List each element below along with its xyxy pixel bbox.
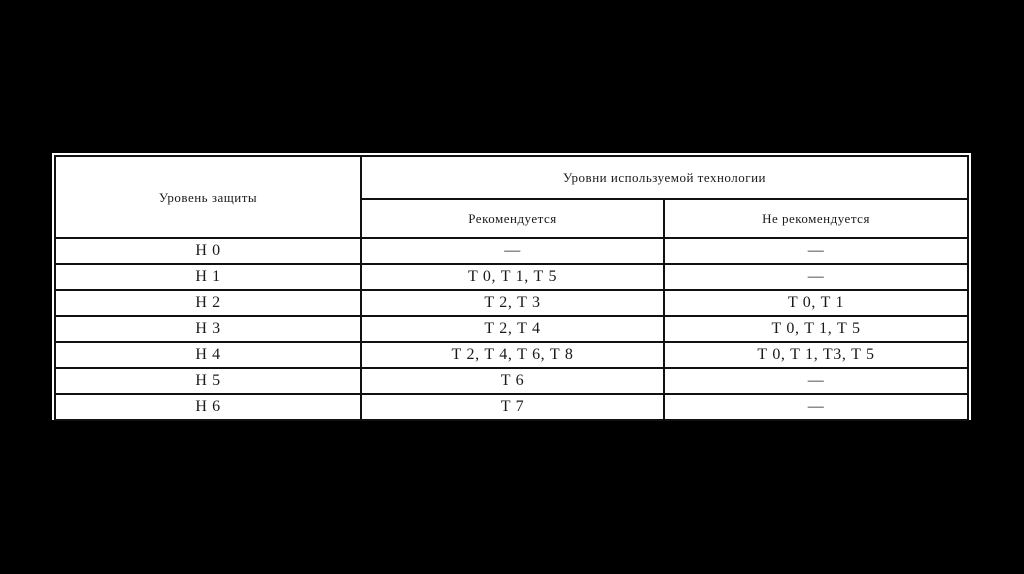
header-protection-level: Уровень защиты [55, 156, 361, 238]
table-row: Н 5 Т 6 — [55, 368, 968, 394]
cell-not-recommended: Т 0, Т 1, Т3, Т 5 [664, 342, 968, 368]
table-row: Н 4 Т 2, Т 4, Т 6, Т 8 Т 0, Т 1, Т3, Т 5 [55, 342, 968, 368]
table-row: Н 3 Т 2, Т 4 Т 0, Т 1, Т 5 [55, 316, 968, 342]
header-row-top: Уровень защиты Уровни используемой техно… [55, 156, 968, 199]
cell-recommended: Т 0, Т 1, Т 5 [361, 264, 664, 290]
header-recommended: Рекомендуется [361, 199, 664, 238]
cell-recommended: Т 2, Т 3 [361, 290, 664, 316]
cell-protection-level: Н 6 [55, 394, 361, 420]
table-row: Н 0 — — [55, 238, 968, 264]
cell-not-recommended: — [664, 264, 968, 290]
protection-table-frame: Уровень защиты Уровни используемой техно… [52, 153, 971, 420]
cell-not-recommended: Т 0, Т 1 [664, 290, 968, 316]
cell-recommended: Т 2, Т 4, Т 6, Т 8 [361, 342, 664, 368]
header-not-recommended: Не рекомендуется [664, 199, 968, 238]
cell-not-recommended: — [664, 238, 968, 264]
cell-recommended: Т 2, Т 4 [361, 316, 664, 342]
cell-protection-level: Н 1 [55, 264, 361, 290]
cell-not-recommended: Т 0, Т 1, Т 5 [664, 316, 968, 342]
cell-not-recommended: — [664, 368, 968, 394]
cell-recommended: — [361, 238, 664, 264]
cell-protection-level: Н 5 [55, 368, 361, 394]
table-row: Н 1 Т 0, Т 1, Т 5 — [55, 264, 968, 290]
cell-not-recommended: — [664, 394, 968, 420]
cell-protection-level: Н 4 [55, 342, 361, 368]
table-row: Н 2 Т 2, Т 3 Т 0, Т 1 [55, 290, 968, 316]
slide: Уровень защиты Уровни используемой техно… [0, 0, 1024, 574]
cell-recommended: Т 6 [361, 368, 664, 394]
cell-protection-level: Н 2 [55, 290, 361, 316]
protection-levels-table: Уровень защиты Уровни используемой техно… [54, 155, 969, 421]
table-row: Н 6 Т 7 — [55, 394, 968, 420]
header-technology-levels: Уровни используемой технологии [361, 156, 968, 199]
cell-recommended: Т 7 [361, 394, 664, 420]
cell-protection-level: Н 0 [55, 238, 361, 264]
cell-protection-level: Н 3 [55, 316, 361, 342]
